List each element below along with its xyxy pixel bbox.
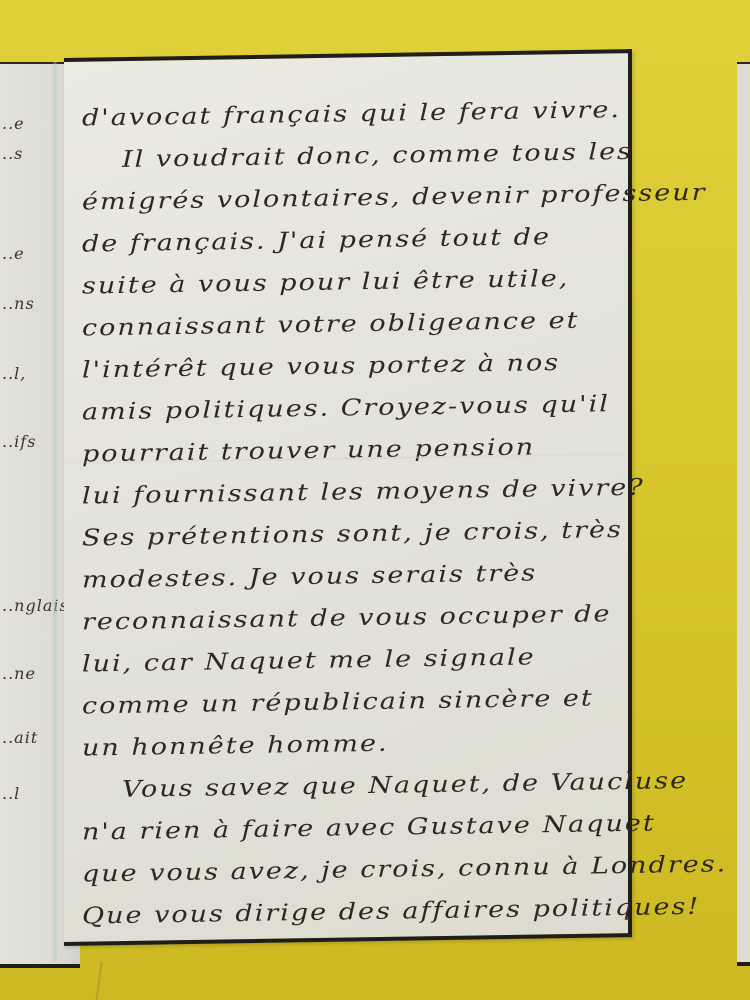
background-crease (95, 962, 103, 1000)
left-fragment-text: ..ifs (2, 432, 36, 451)
letter-line: suite à vous pour lui être utile, (82, 261, 610, 305)
letter-line: l'intérêt que vous portez à nos (82, 345, 610, 389)
right-page-fragment (737, 62, 750, 966)
left-fragment-text: ..ns (2, 294, 35, 313)
letter-line: pourrait trouver une pension (82, 429, 610, 473)
letter-line: d'avocat français qui le fera vivre. (82, 93, 610, 137)
letter-line: un honnête homme. (82, 723, 610, 767)
left-fragment-text: ..e (2, 244, 25, 263)
letter-line: comme un républicain sincère et (82, 681, 610, 725)
left-fragment-text: ..l, (2, 364, 26, 383)
letter-line: lui fournissant les moyens de vivre? (82, 471, 610, 515)
letter-line: modestes. Je vous serais très (82, 555, 610, 599)
photo-scene: ..e ..s ..e ..ns ..l, ..ifs ..nglais ..n… (0, 0, 750, 1000)
page-fold (52, 62, 58, 962)
letter-line: amis politiques. Croyez-vous qu'il (82, 387, 610, 431)
letter-body: d'avocat français qui le fera vivre. Il … (82, 89, 610, 937)
letter-line: Vous savez que Naquet, de Vaucluse (82, 765, 610, 809)
letter-line: de français. J'ai pensé tout de (82, 219, 610, 263)
left-fragment-text: ..ait (2, 728, 38, 747)
letter-line: n'a rien à faire avec Gustave Naquet (82, 807, 610, 851)
letter-line: reconnaissant de vous occuper de (82, 597, 610, 641)
letter-page: d'avocat français qui le fera vivre. Il … (64, 49, 632, 946)
left-fragment-text: ..l (2, 784, 20, 803)
letter-line: Il voudrait donc, comme tous les (82, 135, 610, 179)
letter-line: lui, car Naquet me le signale (82, 639, 610, 683)
left-fragment-text: ..s (2, 144, 23, 163)
letter-line: Que vous dirige des affaires politiques! (82, 891, 610, 935)
left-fragment-text: ..ne (2, 664, 36, 683)
left-fragment-text: ..e (2, 114, 25, 133)
letter-line: Ses prétentions sont, je crois, très (82, 513, 610, 557)
letter-line: connaissant votre obligeance et (82, 303, 610, 347)
left-fragment-text: ..nglais (2, 596, 69, 615)
letter-line: que vous avez, je crois, connu à Londres… (82, 849, 610, 893)
letter-line: émigrés volontaires, devenir professeur (82, 177, 610, 221)
